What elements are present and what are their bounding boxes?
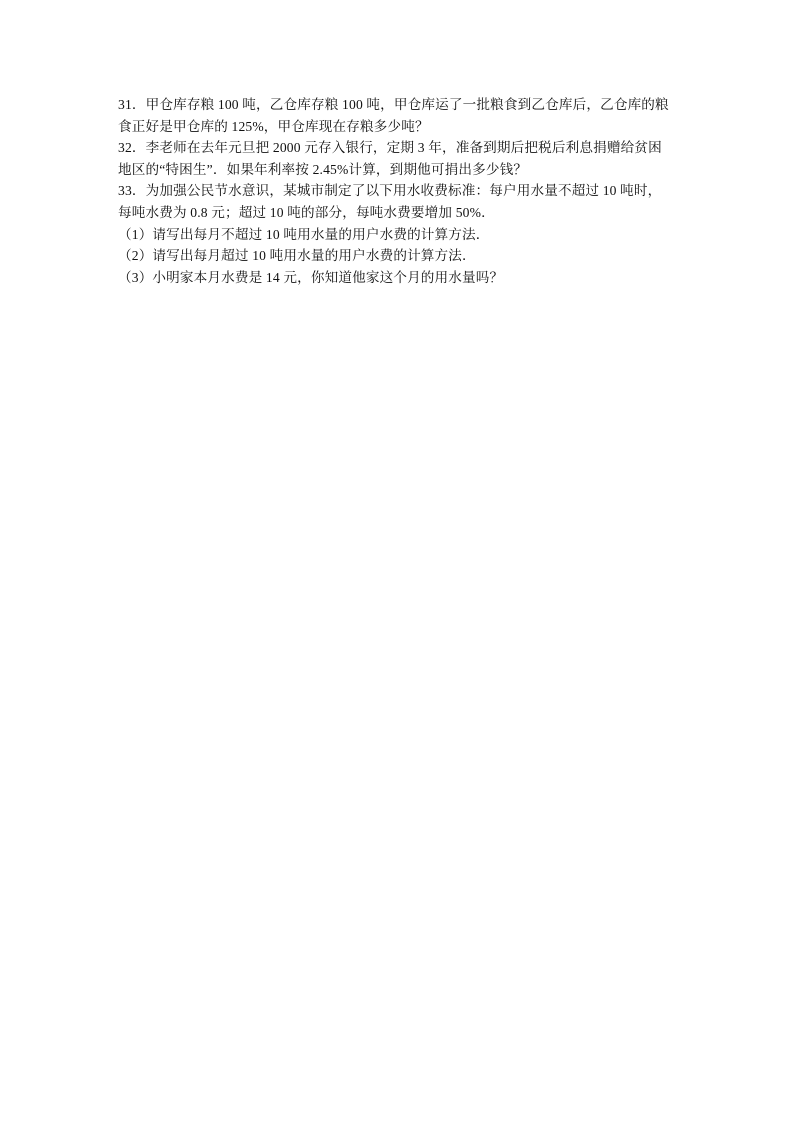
- question-33: 33．为加强公民节水意识，某城市制定了以下用水收费标准：每户用水量不超过 10 …: [118, 180, 678, 288]
- question-32-line-2: 地区的“特困生”．如果年利率按 2.45%计算，到期他可捐出多少钱？: [118, 159, 678, 181]
- question-31-line-2: 食正好是甲仓库的 125%，甲仓库现在存粮多少吨？: [118, 116, 678, 138]
- question-32-line-1: 32．李老师在去年元旦把 2000 元存入银行，定期 3 年，准备到期后把税后利…: [118, 137, 678, 159]
- question-33-sub-2: （2）请写出每月超过 10 吨用水量的用户水费的计算方法．: [118, 245, 678, 267]
- question-31-line-1: 31．甲仓库存粮 100 吨，乙仓库存粮 100 吨，甲仓库运了一批粮食到乙仓库…: [118, 94, 678, 116]
- question-33-sub-1: （1）请写出每月不超过 10 吨用水量的用户水费的计算方法．: [118, 224, 678, 246]
- question-32: 32．李老师在去年元旦把 2000 元存入银行，定期 3 年，准备到期后把税后利…: [118, 137, 678, 180]
- question-33-sub-3: （3）小明家本月水费是 14 元，你知道他家这个月的用水量吗？: [118, 267, 678, 289]
- question-33-line-2: 每吨水费为 0.8 元；超过 10 吨的部分，每吨水费要增加 50%．: [118, 202, 678, 224]
- question-33-line-1: 33．为加强公民节水意识，某城市制定了以下用水收费标准：每户用水量不超过 10 …: [118, 180, 678, 202]
- document-page: 31．甲仓库存粮 100 吨，乙仓库存粮 100 吨，甲仓库运了一批粮食到乙仓库…: [118, 94, 678, 288]
- question-31: 31．甲仓库存粮 100 吨，乙仓库存粮 100 吨，甲仓库运了一批粮食到乙仓库…: [118, 94, 678, 137]
